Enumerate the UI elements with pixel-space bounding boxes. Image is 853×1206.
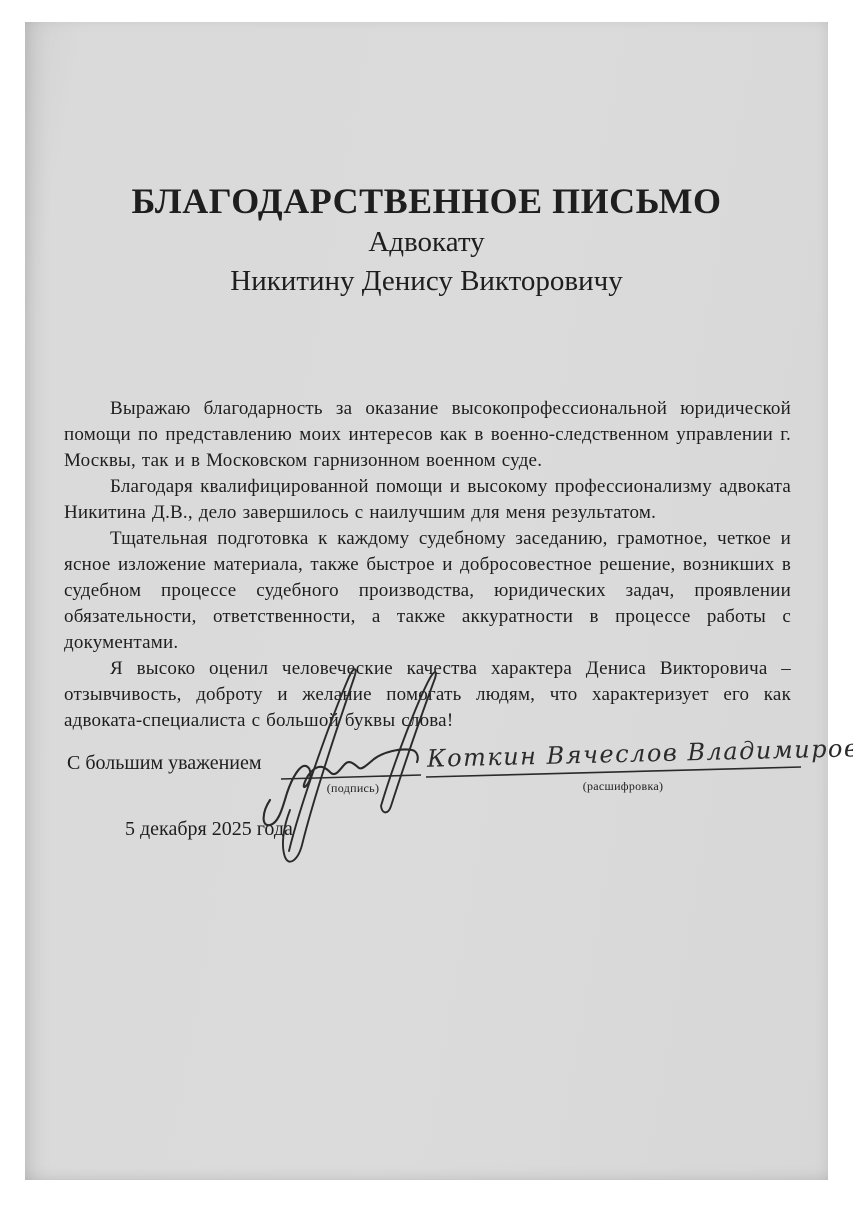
letter-paper: БЛАГОДАРСТВЕННОЕ ПИСЬМО Адвокату Никитин… xyxy=(25,22,828,1180)
letter-title: БЛАГОДАРСТВЕННОЕ ПИСЬМО xyxy=(25,180,828,222)
paragraph-4: Я высоко оценил человеческие качества ха… xyxy=(64,656,791,734)
closing-salutation: С большим уважением xyxy=(67,752,262,775)
addressee-line-1: Адвокату xyxy=(25,226,828,259)
handwritten-transcript-name: Коткин Вячеслов Владимирович xyxy=(427,735,818,773)
addressee-line-2: Никитину Денису Викторовичу xyxy=(25,265,828,298)
scanned-page: БЛАГОДАРСТВЕННОЕ ПИСЬМО Адвокату Никитин… xyxy=(0,0,853,1206)
signature-caption: (подпись) xyxy=(283,781,423,796)
paragraph-1: Выражаю благодарность за оказание высоко… xyxy=(64,396,791,474)
letter-body: Выражаю благодарность за оказание высоко… xyxy=(64,396,791,734)
paragraph-2: Благодаря квалифицированной помощи и выс… xyxy=(64,474,791,526)
letter-date: 5 декабря 2025 года xyxy=(125,818,293,841)
transcript-caption: (расшифровка) xyxy=(523,779,723,794)
paragraph-3: Тщательная подготовка к каждому судебном… xyxy=(64,526,791,656)
signature-underline xyxy=(281,775,421,779)
